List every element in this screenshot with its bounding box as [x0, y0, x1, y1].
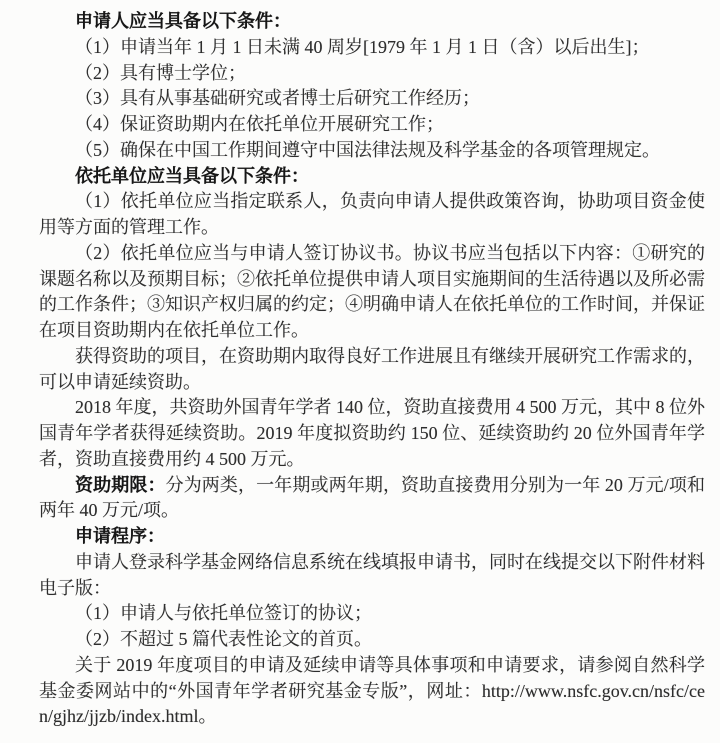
paragraph-text: （1）依托单位应当指定联系人，负责向申请人提供政策咨询，协助项目资金使用等方面的… — [39, 191, 705, 237]
paragraph-text: （5）确保在中国工作期间遵守中国法律法规及科学基金的各项管理规定。 — [75, 140, 660, 160]
paragraph-text: （4）保证资助期内在依托单位开展研究工作； — [75, 114, 444, 134]
paragraph: （1）申请当年 1 月 1 日未满 40 周岁[1979 年 1 月 1 日（含… — [39, 35, 705, 61]
section-heading: 依托单位应当具备以下条件： — [39, 164, 705, 190]
paragraph: 关于 2019 年度项目的申请及延续申请等具体事项和申请要求，请参阅自然科学基金… — [39, 653, 705, 730]
paragraph: （2）不超过 5 篇代表性论文的首页。 — [39, 627, 705, 653]
heading-text: 申请程序： — [75, 526, 165, 546]
paragraph: （3）具有从事基础研究或者博士后研究工作经历； — [39, 86, 705, 112]
paragraph-text: （1）申请当年 1 月 1 日未满 40 周岁[1979 年 1 月 1 日（含… — [75, 37, 650, 57]
paragraph-tail: 。 — [198, 706, 216, 726]
paragraph: 申请人登录科学基金网络信息系统在线填报申请书，同时在线提交以下附件材料电子版： — [39, 550, 705, 602]
document-page: 申请人应当具备以下条件：（1）申请当年 1 月 1 日未满 40 周岁[1979… — [0, 0, 720, 743]
paragraph-text: 2018 年度，共资助外国青年学者 140 位，资助直接费用 4 500 万元，… — [39, 397, 705, 469]
heading-text: 依托单位应当具备以下条件： — [75, 166, 309, 186]
paragraph: 2018 年度，共资助外国青年学者 140 位，资助直接费用 4 500 万元，… — [39, 395, 705, 472]
paragraph-text: （2）具有博士学位； — [75, 63, 246, 83]
paragraph: 资助期限：分为两类，一年期或两年期，资助直接费用分别为一年 20 万元/项和两年… — [39, 473, 705, 525]
paragraph-text: （3）具有从事基础研究或者博士后研究工作经历； — [75, 88, 480, 108]
paragraph-lead: 资助期限： — [75, 475, 166, 495]
paragraph-text: 获得资助的项目，在资助期内取得良好工作进展且有继续开展研究工作需求的，可以申请延… — [39, 346, 705, 392]
section-heading: 申请程序： — [39, 524, 705, 550]
paragraph: （4）保证资助期内在依托单位开展研究工作； — [39, 112, 705, 138]
paragraph: 获得资助的项目，在资助期内取得良好工作进展且有继续开展研究工作需求的，可以申请延… — [39, 344, 705, 396]
paragraph: （1）申请人与依托单位签订的协议； — [39, 601, 705, 627]
paragraph-text: （1）申请人与依托单位签订的协议； — [75, 603, 372, 623]
paragraph-text: （2）不超过 5 篇代表性论文的首页。 — [75, 629, 372, 649]
paragraph: （2）具有博士学位； — [39, 61, 705, 87]
paragraph: （5）确保在中国工作期间遵守中国法律法规及科学基金的各项管理规定。 — [39, 138, 705, 164]
paragraph-text: 申请人登录科学基金网络信息系统在线填报申请书，同时在线提交以下附件材料电子版： — [39, 552, 705, 598]
heading-text: 申请人应当具备以下条件： — [75, 11, 291, 31]
paragraph-text: （2）依托单位应当与申请人签订协议书。协议书应当包括以下内容：①研究的课题名称以… — [39, 243, 705, 340]
paragraph: （1）依托单位应当指定联系人，负责向申请人提供政策咨询，协助项目资金使用等方面的… — [39, 189, 705, 241]
section-heading: 申请人应当具备以下条件： — [39, 9, 705, 35]
paragraph: （2）依托单位应当与申请人签订协议书。协议书应当包括以下内容：①研究的课题名称以… — [39, 241, 705, 344]
document-body: 申请人应当具备以下条件：（1）申请当年 1 月 1 日未满 40 周岁[1979… — [39, 9, 705, 730]
